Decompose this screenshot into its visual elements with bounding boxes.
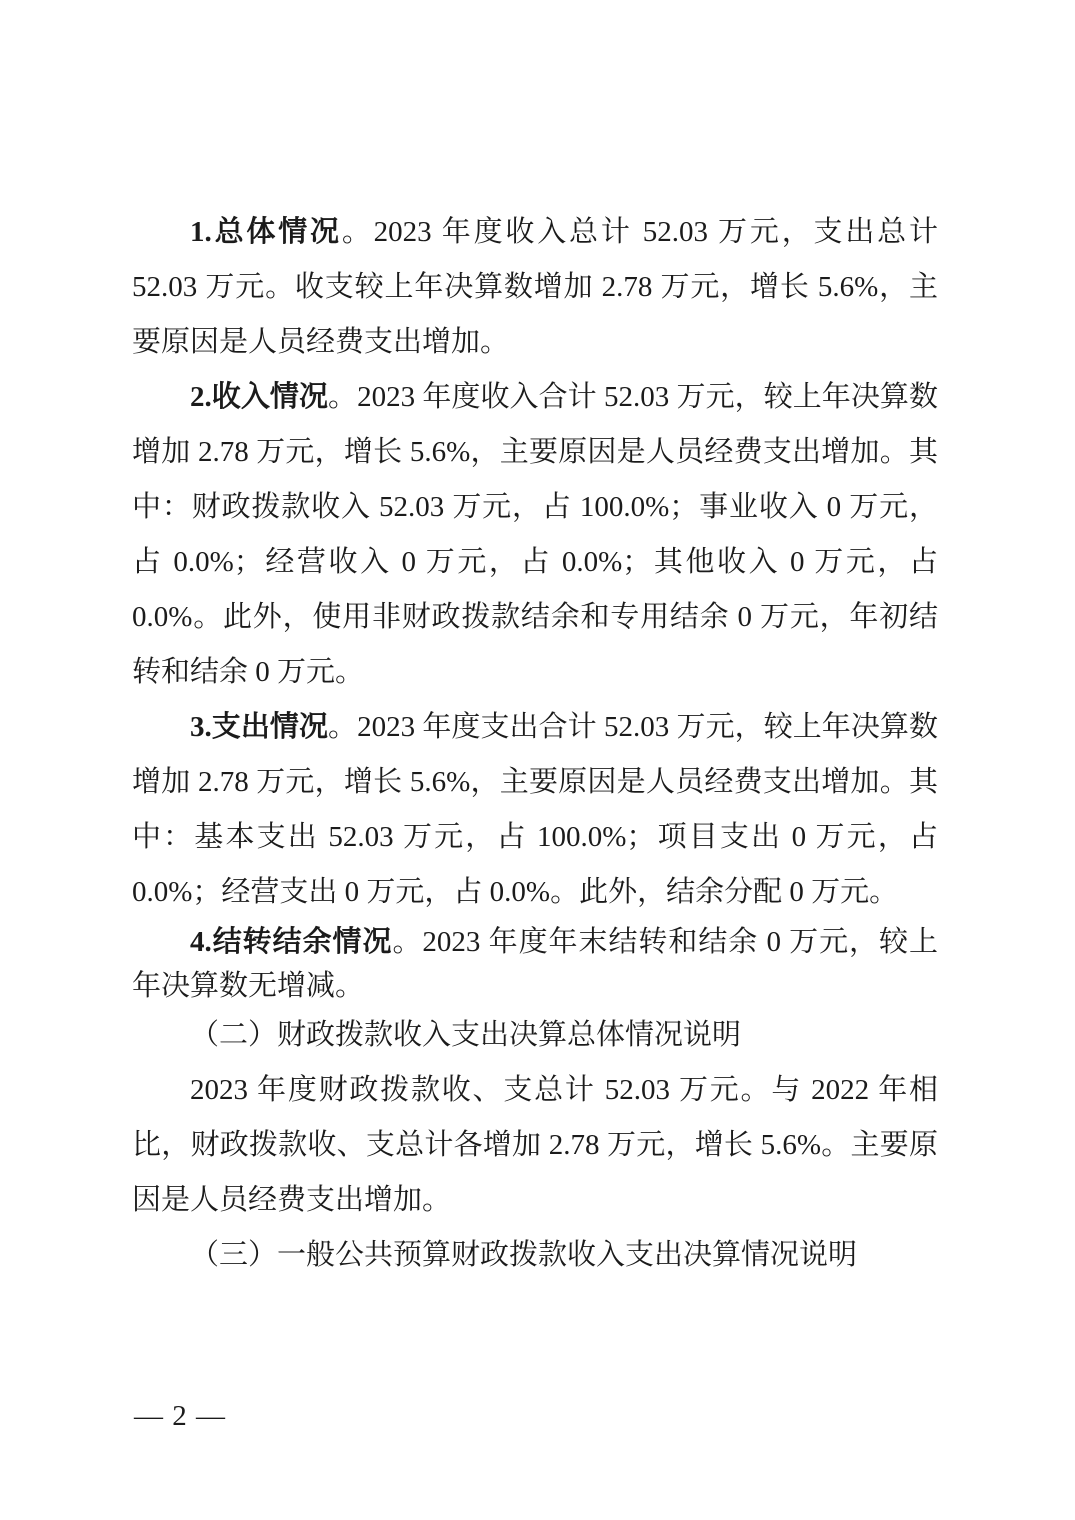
paragraph-income-situation: 2.收入情况。2023 年度收入合计 52.03 万元，较上年决算数增加 2.7… <box>132 370 938 700</box>
paragraph-overall-lead: 1.总体情况 <box>190 216 342 248</box>
paragraph-income-body: 。2023 年度收入合计 52.03 万元，较上年决算数增加 2.78 万元，增… <box>132 381 938 688</box>
section-heading-fiscal-appropriation: （二）财政拨款收入支出决算总体情况说明 <box>132 1008 938 1063</box>
page-number: — 2 — <box>134 1398 226 1434</box>
paragraph-fiscal-appropriation-detail: 2023 年度财政拨款收、支总计 52.03 万元。与 2022 年相比，财政拨… <box>132 1063 938 1228</box>
paragraph-carryover-lead: 4.结转结余情况 <box>190 926 392 958</box>
paragraph-expenditure-lead: 3.支出情况 <box>190 711 328 743</box>
paragraph-overall-situation: 1.总体情况。2023 年度收入总计 52.03 万元，支出总计 52.03 万… <box>132 205 938 370</box>
paragraph-fiscal-appropriation-text: 2023 年度财政拨款收、支总计 52.03 万元。与 2022 年相比，财政拨… <box>132 1074 938 1216</box>
paragraph-income-lead: 2.收入情况 <box>190 381 328 413</box>
paragraph-carryover-situation: 4.结转结余情况。2023 年度年末结转和结余 0 万元，较上年决算数无增减。 <box>132 920 938 1008</box>
paragraph-expenditure-situation: 3.支出情况。2023 年度支出合计 52.03 万元，较上年决算数增加 2.7… <box>132 700 938 920</box>
section-heading-general-public-budget: （三）一般公共预算财政拨款收入支出决算情况说明 <box>132 1228 938 1283</box>
document-page: 1.总体情况。2023 年度收入总计 52.03 万元，支出总计 52.03 万… <box>0 0 1075 1520</box>
document-text-block: 1.总体情况。2023 年度收入总计 52.03 万元，支出总计 52.03 万… <box>132 205 938 1283</box>
